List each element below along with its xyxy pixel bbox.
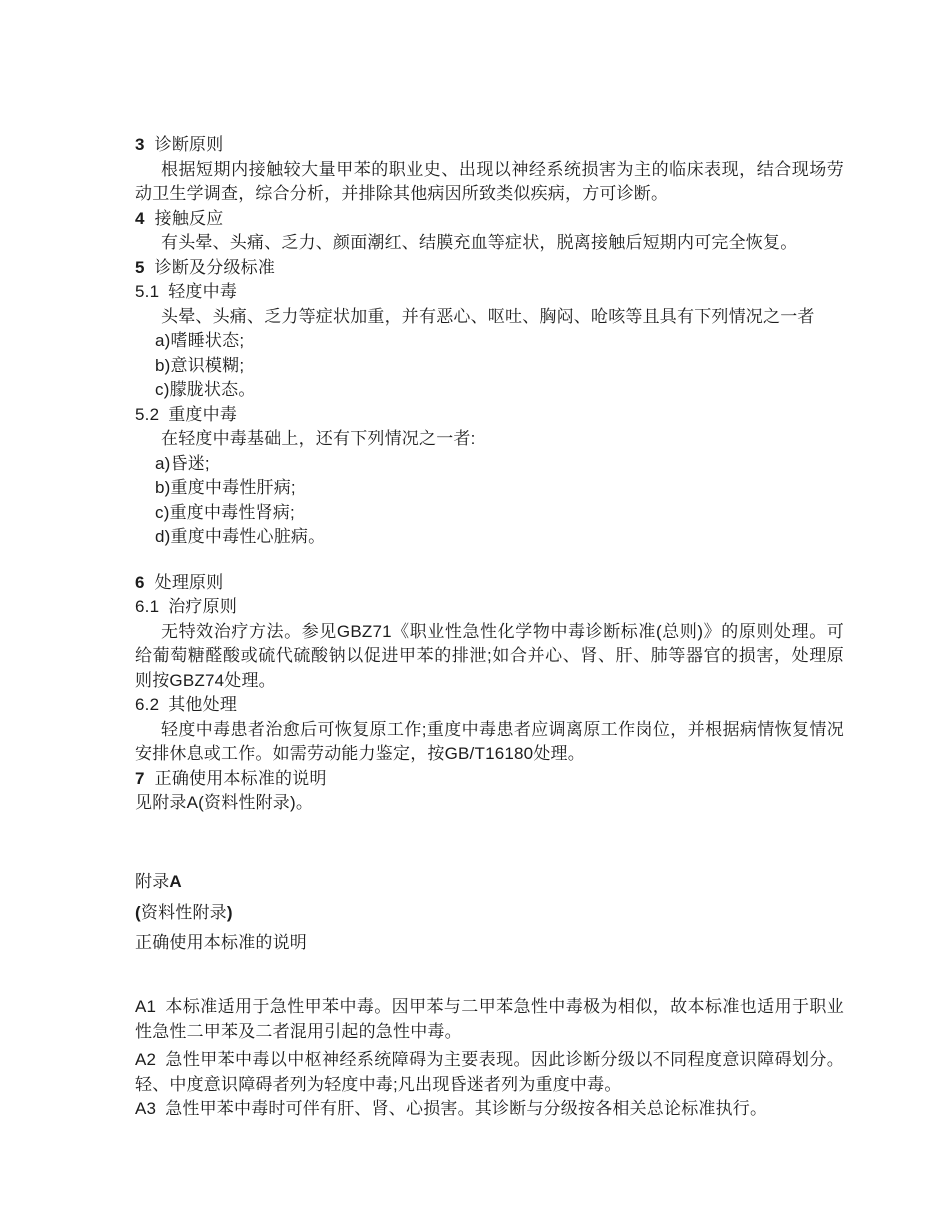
list-item-5-2-b: b)重度中毒性肝病; <box>135 476 844 501</box>
list-item-text: 昏迷; <box>171 454 210 473</box>
appendix-item-a2-number: A2 <box>135 1050 156 1069</box>
appendix-label: 附录 <box>135 872 169 891</box>
section-5-title: 诊断及分级标准 <box>155 258 275 277</box>
clause-5-2-title: 重度中毒 <box>168 405 237 424</box>
clause-5-1-number: 5.1 <box>135 282 159 301</box>
list-item-text: 朦胧状态。 <box>170 380 256 399</box>
list-item-text: 意识模糊; <box>171 356 245 375</box>
list-item-text: 重度中毒性肾病; <box>170 503 295 522</box>
list-item-5-2-a: a)昏迷; <box>135 452 844 477</box>
appendix-item-a3-text: 急性甲苯中毒时可伴有肝、肾、心损害。其诊断与分级按各相关总论标准执行。 <box>165 1099 767 1118</box>
section-4-heading: 4接触反应 <box>135 207 844 232</box>
appendix-subtitle-close-paren: ) <box>227 903 233 922</box>
section-4-title: 接触反应 <box>155 209 224 228</box>
list-item-5-1-b: b)意识模糊; <box>135 354 844 379</box>
list-item-text: 重度中毒性肝病; <box>171 478 296 497</box>
appendix-item-a3-number: A3 <box>135 1099 156 1118</box>
clause-6-1-title: 治疗原则 <box>168 597 237 616</box>
clause-5-1-title: 轻度中毒 <box>168 282 237 301</box>
list-item-5-1-c: c)朦胧状态。 <box>135 378 844 403</box>
document-page: 3诊断原则 根据短期内接触较大量甲苯的职业史、出现以神经系统损害为主的临床表现，… <box>0 0 950 1122</box>
appendix-letter: A <box>169 872 181 891</box>
clause-5-1-heading: 5.1轻度中毒 <box>135 280 844 305</box>
section-5-heading: 5诊断及分级标准 <box>135 256 844 281</box>
section-6-number: 6 <box>135 573 145 592</box>
list-item-label: c) <box>155 503 170 522</box>
section-7-heading: 7正确使用本标准的说明 <box>135 767 844 792</box>
clause-5-2-paragraph: 在轻度中毒基础上，还有下列情况之一者: <box>135 427 844 452</box>
appendix-heading: 附录A <box>135 870 844 895</box>
appendix-item-a1-text: 本标准适用于急性甲苯中毒。因甲苯与二甲苯急性中毒极为相似，故本标准也适用于职业性… <box>135 997 844 1041</box>
list-item-5-1-a: a)嗜睡状态; <box>135 329 844 354</box>
clause-6-1-heading: 6.1治疗原则 <box>135 595 844 620</box>
appendix-item-a1: A1本标准适用于急性甲苯中毒。因甲苯与二甲苯急性中毒极为相似，故本标准也适用于职… <box>135 995 844 1044</box>
list-item-text: 重度中毒性心脏病。 <box>171 527 326 546</box>
section-7-number: 7 <box>135 769 145 788</box>
appendix-title: 正确使用本标准的说明 <box>135 931 844 956</box>
section-7-title: 正确使用本标准的说明 <box>155 769 327 788</box>
clause-6-1-paragraph: 无特效治疗方法。参见GBZ71《职业性急性化学物中毒诊断标准(总则)》的原则处理… <box>135 620 844 694</box>
clause-6-2-paragraph: 轻度中毒患者治愈后可恢复原工作;重度中毒患者应调离原工作岗位，并根据病情恢复情况… <box>135 718 844 767</box>
list-item-label: b) <box>155 356 171 375</box>
clause-6-1-number: 6.1 <box>135 597 159 616</box>
appendix-item-a2: A2急性甲苯中毒以中枢神经系统障碍为主要表现。因此诊断分级以不同程度意识障碍划分… <box>135 1048 844 1097</box>
list-item-text: 嗜睡状态; <box>171 331 245 350</box>
section-6-title: 处理原则 <box>155 573 224 592</box>
appendix-item-a3: A3急性甲苯中毒时可伴有肝、肾、心损害。其诊断与分级按各相关总论标准执行。 <box>135 1097 844 1122</box>
section-3-title: 诊断原则 <box>155 135 224 154</box>
appendix-item-a2-text: 急性甲苯中毒以中枢神经系统障碍为主要表现。因此诊断分级以不同程度意识障碍划分。轻… <box>135 1050 844 1094</box>
section-3-heading: 3诊断原则 <box>135 133 844 158</box>
list-item-label: a) <box>155 454 171 473</box>
appendix-subtitle-text: 资料性附录 <box>141 903 227 922</box>
appendix-item-a1-number: A1 <box>135 997 156 1016</box>
list-item-label: b) <box>155 478 171 497</box>
list-item-5-2-d: d)重度中毒性心脏病。 <box>135 525 844 550</box>
section-4-paragraph: 有头晕、头痛、乏力、颜面潮红、结膜充血等症状，脱离接触后短期内可完全恢复。 <box>135 231 844 256</box>
list-item-label: c) <box>155 380 170 399</box>
section-6-heading: 6处理原则 <box>135 571 844 596</box>
section-7-paragraph: 见附录A(资料性附录)。 <box>135 791 844 816</box>
section-3-paragraph: 根据短期内接触较大量甲苯的职业史、出现以神经系统损害为主的临床表现，结合现场劳动… <box>135 158 844 207</box>
list-item-5-2-c: c)重度中毒性肾病; <box>135 501 844 526</box>
clause-5-2-number: 5.2 <box>135 405 159 424</box>
clause-6-2-title: 其他处理 <box>168 695 237 714</box>
clause-6-2-heading: 6.2其他处理 <box>135 693 844 718</box>
section-3-number: 3 <box>135 135 145 154</box>
list-item-label: a) <box>155 331 171 350</box>
section-4-number: 4 <box>135 209 145 228</box>
appendix-subtitle: (资料性附录) <box>135 901 844 926</box>
section-5-number: 5 <box>135 258 145 277</box>
clause-6-2-number: 6.2 <box>135 695 159 714</box>
list-item-label: d) <box>155 527 171 546</box>
clause-5-1-paragraph: 头晕、头痛、乏力等症状加重，并有恶心、呕吐、胸闷、呛咳等且具有下列情况之一者 <box>135 305 844 330</box>
clause-5-2-heading: 5.2重度中毒 <box>135 403 844 428</box>
